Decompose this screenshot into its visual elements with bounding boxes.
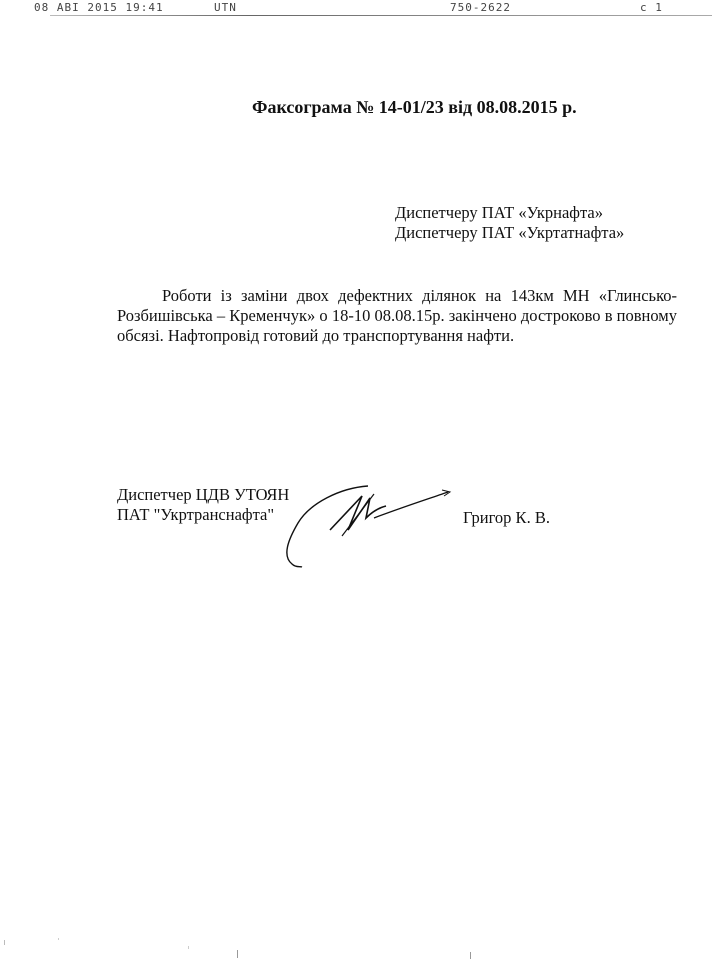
message-body: Роботи із заміни двох дефектних ділянок …: [117, 286, 677, 346]
recipient-line: Диспетчеру ПАТ «Укртатнафта»: [395, 223, 624, 243]
fax-header-rule: [50, 15, 712, 16]
signatory-position-line: Диспетчер ЦДВ УТОЯН: [117, 485, 289, 505]
message-paragraph: Роботи із заміни двох дефектних ділянок …: [117, 286, 677, 346]
fax-page: c 1: [640, 1, 663, 14]
recipient-line: Диспетчеру ПАТ «Укрнафта»: [395, 203, 624, 223]
fax-number: 750-2622: [450, 1, 511, 14]
fax-datetime: 08 ABI 2015 19:41: [34, 1, 164, 14]
recipients-block: Диспетчеру ПАТ «Укрнафта» Диспетчеру ПАТ…: [395, 203, 624, 243]
signatory-organization-line: ПАТ "Укртранснафта": [117, 505, 289, 525]
document-title: Факсограма № 14-01/23 від 08.08.2015 р.: [252, 97, 577, 118]
scan-noise: [0, 930, 712, 960]
fax-transmission-header: 08 ABI 2015 19:41 UTN 750-2622 c 1: [0, 0, 712, 20]
fax-sender-id: UTN: [214, 1, 237, 14]
signatory-position: Диспетчер ЦДВ УТОЯН ПАТ "Укртранснафта": [117, 485, 289, 525]
signatory-name: Григор К. В.: [463, 508, 550, 528]
handwritten-signature: [270, 478, 460, 570]
